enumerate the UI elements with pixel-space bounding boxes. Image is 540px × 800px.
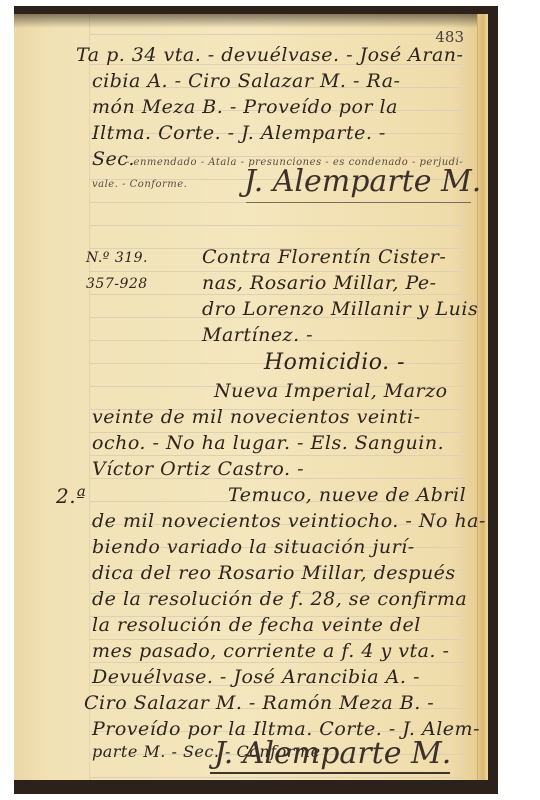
- signature: J. Alemparte M.: [214, 736, 451, 771]
- entry-line: nas, Rosario Millar, Pe-: [202, 272, 437, 294]
- crime-heading: Homicidio. -: [264, 350, 405, 375]
- entry-line: Devuélvase. - José Arancibia A. -: [92, 666, 420, 688]
- entry-line: Martínez. -: [202, 324, 313, 346]
- signature-underline: [246, 202, 471, 203]
- entry-line: dica del reo Rosario Millar, después: [92, 562, 456, 584]
- entry-line: Ta p. 34 vta. - devuélvase. - José Aran-: [76, 44, 463, 66]
- binding-shadow: [14, 14, 488, 28]
- entry-line: la resolución de fecha veinte del: [92, 614, 421, 636]
- amendment-note: vale. - Conforme.: [92, 179, 187, 190]
- entry-line: Víctor Ortiz Castro. -: [92, 458, 304, 480]
- entry-line: de la resolución de f. 28, se confirma: [92, 588, 467, 610]
- entry-line: Temuco, nueve de Abril: [228, 484, 466, 506]
- entry-line: cibia A. - Ciro Salazar M. - Ra-: [92, 70, 400, 92]
- entry-line: mes pasado, corriente a f. 4 y vta. -: [92, 640, 449, 662]
- page-edge: [477, 14, 488, 780]
- entry-line: biendo variado la situación jurí-: [92, 536, 415, 558]
- entry-line: món Meza B. - Proveído por la: [92, 96, 398, 118]
- entry-line: Iltma. Corte. - J. Alemparte. -: [92, 122, 386, 144]
- entry-line: veinte de mil novecientos veinti-: [92, 406, 421, 428]
- signature-underline: [210, 772, 450, 774]
- entry-line: dro Lorenzo Millanir y Luis: [202, 298, 478, 320]
- entry-line: ocho. - No ha lugar. - Els. Sanguin.: [92, 432, 444, 454]
- entry-number: N.º 319.: [86, 250, 148, 266]
- entry-ordinal: 2.ª: [56, 484, 86, 508]
- ledger-page: 483 Ta p. 34 vta. - devuélvase. - José A…: [14, 14, 488, 780]
- entry-line: Contra Florentín Cister-: [202, 246, 446, 268]
- entry-line: de mil novecientos veintiocho. - No ha-: [92, 510, 486, 532]
- signature: J. Alemparte M.: [244, 164, 481, 199]
- entry-line: Nueva Imperial, Marzo: [214, 380, 448, 402]
- entry-reference: 357-928: [86, 276, 148, 292]
- entry-line: Ciro Salazar M. - Ramón Meza B. -: [84, 692, 434, 714]
